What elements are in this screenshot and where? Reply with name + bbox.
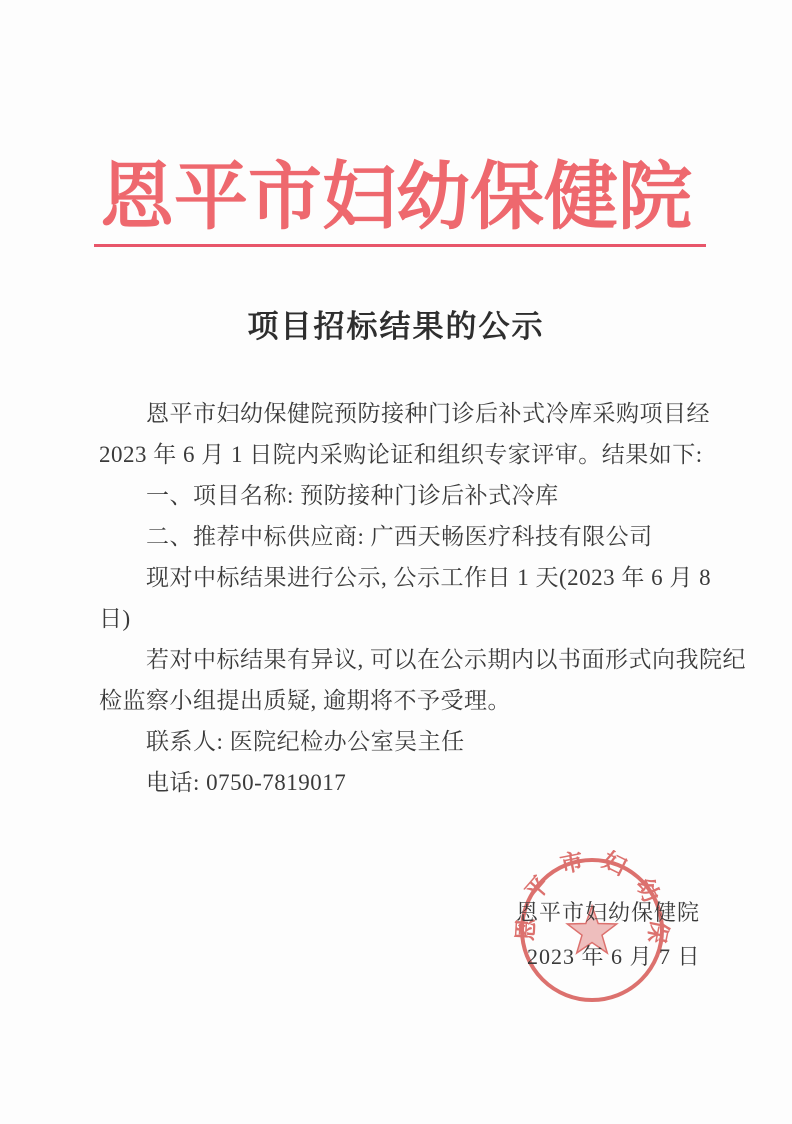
body-line: 现对中标结果进行公示, 公示工作日 1 天(2023 年 6 月 8	[99, 557, 715, 598]
body-line: 电话: 0750-7819017	[99, 762, 715, 803]
body-line: 日)	[99, 598, 715, 639]
signature-organization: 恩平市妇幼保健院	[516, 896, 700, 927]
body-line: 若对中标结果有异议, 可以在公示期内以书面形式向我院纪	[99, 639, 715, 680]
body-line: 二、推荐中标供应商: 广西天畅医疗科技有限公司	[99, 516, 715, 557]
document-page: 恩平市妇幼保健院 项目招标结果的公示 恩平市妇幼保健院预防接种门诊后补式冷库采购…	[0, 0, 792, 1124]
body-line: 检监察小组提出质疑, 逾期将不予受理。	[99, 680, 715, 721]
body-line: 联系人: 医院纪检办公室吴主任	[99, 721, 715, 762]
body-line: 一、项目名称: 预防接种门诊后补式冷库	[99, 475, 715, 516]
body-text: 恩平市妇幼保健院预防接种门诊后补式冷库采购项目经2023 年 6 月 1 日院内…	[99, 393, 715, 803]
body-line: 2023 年 6 月 1 日院内采购论证和组织专家评审。结果如下:	[99, 434, 715, 475]
letterhead-rule	[94, 244, 706, 247]
letterhead-title: 恩平市妇幼保健院	[0, 138, 792, 244]
page-title: 项目招标结果的公示	[0, 301, 792, 346]
signature-date: 2023 年 6 月 7 日	[527, 940, 701, 971]
body-line: 恩平市妇幼保健院预防接种门诊后补式冷库采购项目经	[99, 393, 715, 434]
official-seal-stamp: 恩平市妇幼保健院	[512, 850, 672, 1010]
